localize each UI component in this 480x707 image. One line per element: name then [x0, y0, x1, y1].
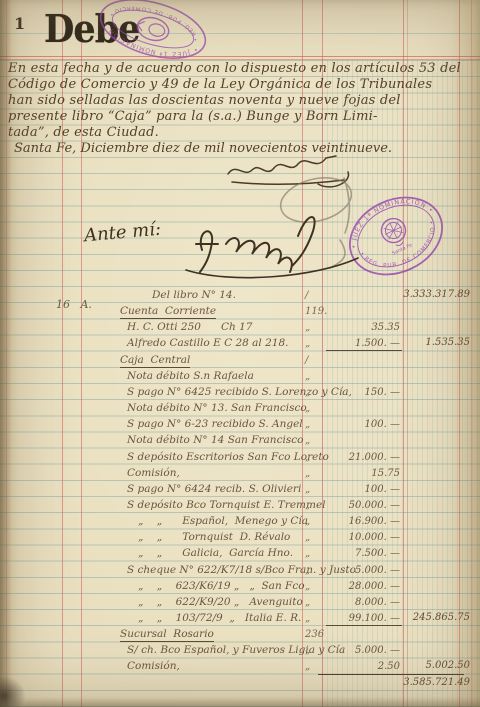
row-amount: 10.000. — [322, 532, 400, 543]
row-description: Comisión, [127, 660, 180, 672]
row-folio: „ [305, 500, 321, 511]
row-description: S depósito Escritorios San Fco Loreto [127, 451, 329, 463]
row-amount: 100. — [322, 419, 400, 430]
row-folio: „ [305, 613, 321, 624]
row-folio: „ [305, 581, 321, 592]
row-amount: 7.500. — [322, 548, 400, 559]
row-folio: „ [305, 387, 321, 398]
row-amount: 2.50 [322, 661, 400, 672]
header-red-line-1 [0, 56, 480, 57]
preamble-line: presente libro “Caja” para la (s.a.) Bun… [8, 109, 476, 124]
row-description: Sucursal Rosario [120, 628, 214, 642]
row-amount: 50.000. — [322, 500, 400, 511]
row-amount: 100. — [322, 484, 400, 495]
row-description: Nota débito N° 14 San Francisco [127, 434, 303, 446]
row-total: 3.333.317.89 [396, 289, 470, 300]
ledger-row: S depósito Escritorios San Fco Loreto„21… [0, 450, 480, 466]
ledger-row: S pago N° 6424 recib. S. Olivieri„100. — [0, 482, 480, 498]
ledger-page: 1 Debe En esta fecha y de acuerdo con lo… [0, 0, 480, 707]
row-folio: „ [305, 452, 321, 463]
row-folio: „ [305, 468, 321, 479]
ledger-row: „ „ Galicia, García Hno.„7.500. — [0, 546, 480, 562]
row-folio: / [305, 290, 321, 301]
row-folio: / [305, 355, 321, 366]
ledger-row: „ „ Tornquist D. Révalo„10.000. — [0, 530, 480, 546]
page-number: 1 [14, 14, 25, 33]
row-folio: „ [305, 419, 321, 430]
date-line: Santa Fe, Diciembre diez de mil novecien… [14, 141, 392, 156]
notary-signature [186, 217, 358, 278]
row-description: S depósito Bco Tornquist E. Tremmel [127, 499, 326, 511]
ledger-row: „ „ Español, Menego y Cía„16.900. — [0, 514, 480, 530]
ledger-row: Nota débito N° 14 San Francisco„ [0, 433, 480, 449]
row-amount: 8.000. — [322, 597, 400, 608]
row-total: 5.002.50 [396, 660, 470, 671]
row-amount: 16.900. — [322, 516, 400, 527]
row-description: „ „ 623/K6/19 „ „ San Fco [138, 580, 305, 592]
ledger-row: Comisión,„2.505.002.50 [0, 659, 480, 675]
row-folio: „ [305, 532, 321, 543]
row-amount: 1.500. — [322, 338, 400, 349]
row-folio: „ [305, 597, 321, 608]
page-title-debe: Debe [44, 6, 140, 51]
row-description: „ „ Tornquist D. Révalo [138, 531, 290, 543]
header-red-line-2 [0, 59, 480, 60]
ledger-row: „ „ 103/72/9 „ Italia E. R.„99.100. —245… [0, 611, 480, 627]
row-folio: „ [305, 516, 321, 527]
ledger-row: S cheque N° 622/K7/18 s/Bco Fran. y Just… [0, 563, 480, 579]
ante-mi-label: Ante mí: [83, 219, 162, 247]
row-folio: 236 [305, 629, 321, 640]
row-amount: 21.000. — [322, 452, 400, 463]
preamble-line: Código de Comercio y 49 de la Ley Orgáni… [8, 77, 476, 92]
row-folio: „ [305, 661, 321, 672]
ledger-row: S pago N° 6425 recibido S. Lorenzo y Cía… [0, 385, 480, 401]
row-description: Del libro N° 14. [152, 289, 236, 301]
row-description: Comisión, [127, 467, 180, 479]
svg-text:• REG. PUB. DE COMERCIO •: • REG. PUB. DE COMERCIO • [358, 218, 448, 282]
row-folio: „ [305, 548, 321, 559]
ledger-row: Del libro N° 14./3.333.317.89 [0, 288, 480, 304]
ledger-row: Alfredo Castillo E C 28 al 218.„1.500. —… [0, 336, 480, 352]
ledger-row: „ „ 623/K6/19 „ „ San Fco„28.000. — [0, 579, 480, 595]
row-amount: 5.000. — [322, 565, 400, 576]
row-description: „ „ Español, Menego y Cía [138, 515, 308, 527]
ledger-row: Nota débito N° 13. San Francisco„ [0, 401, 480, 417]
row-total: 1.535.35 [396, 337, 470, 348]
stamp-middle-arc-bottom-text: • REG. PUB. DE COMERCIO • [358, 218, 448, 282]
row-amount: 35.35 [322, 322, 400, 333]
svg-text:• JUEZ 1ª NOMINACION •: • JUEZ 1ª NOMINACION • [338, 184, 436, 252]
ledger-row: S pago N° 6-23 recibido S. Angel„100. — [0, 417, 480, 433]
amount-underline [326, 350, 402, 351]
row-folio: 119. [305, 306, 321, 317]
ledger-row: Nota débito S.n Rafaela„ [0, 369, 480, 385]
stamp-middle-center-text: Santa Fe [391, 242, 413, 257]
row-folio: „ [305, 338, 321, 349]
row-total: 3.585.721.49 [396, 677, 470, 688]
notary-stamp-middle: • JUEZ 1ª NOMINACION • • REG. PUB. DE CO… [337, 183, 454, 289]
row-folio: „ [305, 322, 321, 333]
row-description: Caja Central [120, 354, 190, 368]
row-description: S pago N° 6-23 recibido S. Angel [127, 418, 303, 430]
row-amount: 150. — [322, 387, 400, 398]
row-description: Nota débito N° 13. San Francisco [127, 402, 307, 414]
row-folio: „ [305, 645, 321, 656]
row-description: Cuenta Corriente [120, 305, 216, 319]
row-amount: 5.000. — [322, 645, 400, 656]
ledger-row: S/ ch. Bco Español, y Fuveros Ligia y Cí… [0, 643, 480, 659]
ledger-row: Caja Central/ [0, 353, 480, 369]
row-description: Nota débito S.n Rafaela [127, 370, 254, 382]
stamp-middle-arc-text: • JUEZ 1ª NOMINACION • [338, 184, 436, 252]
ledger-row: Cuenta Corriente119. [0, 304, 480, 320]
row-folio: „ [305, 403, 321, 414]
row-folio: „ [305, 565, 321, 576]
row-total: 245.865.75 [396, 612, 470, 623]
ledger-row: Comisión,„15.75 [0, 466, 480, 482]
row-description: „ „ 103/72/9 „ Italia E. R. [138, 612, 301, 624]
ledger-row: „ „ 622/K9/20 „ Avenguito„8.000. — [0, 595, 480, 611]
row-folio: „ [305, 484, 321, 495]
ledger-row: S depósito Bco Tornquist E. Tremmel„50.0… [0, 498, 480, 514]
row-folio: „ [305, 371, 321, 382]
row-description: S pago N° 6424 recib. S. Olivieri [127, 483, 301, 495]
row-amount: 15.75 [322, 468, 400, 479]
preamble-line: han sido selladas las doscientas noventa… [8, 93, 476, 108]
bottom-edge-shadow [0, 697, 480, 707]
judge-signature [228, 156, 349, 187]
ledger-row: H. C. Otti 250 Ch 17„35.35 [0, 320, 480, 336]
amount-underline [326, 625, 402, 626]
preamble-line: tada”, de esta Ciudad. [8, 125, 476, 140]
row-description: H. C. Otti 250 Ch 17 [127, 321, 252, 333]
ledger-row: Sucursal Rosario236 [0, 627, 480, 643]
row-folio: „ [305, 435, 321, 446]
row-description: Alfredo Castillo E C 28 al 218. [127, 337, 288, 349]
preamble-line: En esta fecha y de acuerdo con lo dispue… [8, 61, 476, 76]
row-description: „ „ Galicia, García Hno. [138, 547, 293, 559]
row-amount: 28.000. — [322, 581, 400, 592]
ledger-row: 3.585.721.49 [0, 676, 480, 692]
row-amount: 99.100. — [322, 613, 400, 624]
row-description: „ „ 622/K9/20 „ Avenguito [138, 596, 303, 608]
pencil-flourish [276, 171, 356, 268]
